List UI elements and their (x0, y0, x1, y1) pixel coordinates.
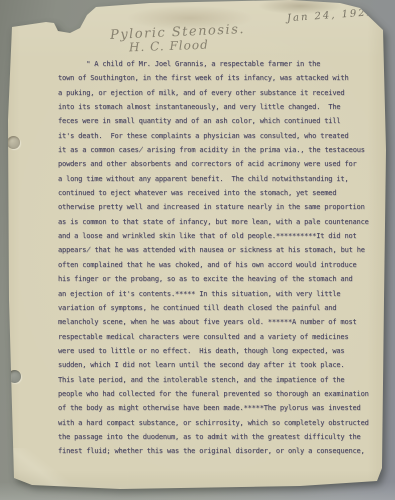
typed-line: it's death. For these complaints a physi… (58, 129, 384, 143)
typed-line: finest fluid; whether this was the origi… (58, 444, 384, 458)
typed-line: and a loose and wrinkled skin like that … (58, 229, 384, 243)
punch-hole (8, 370, 21, 383)
typed-line: melancholy scene, when he was about five… (58, 315, 384, 329)
fastener-icon (40, 2, 65, 31)
typed-line: of the body as might otherwise have been… (58, 401, 384, 415)
handwritten-author: H. C. Flood (129, 38, 209, 55)
typed-line: continued to eject whatever was received… (58, 186, 384, 200)
typed-line: This late period, and the intolerable st… (58, 373, 384, 387)
typed-line: feces were in small quantity and of an a… (58, 114, 384, 128)
typed-line: a puking, or ejection of milk, and of ev… (58, 86, 384, 100)
typed-line: with a hard compact substance, or schirr… (58, 416, 384, 430)
typed-line: people who had collected for the funeral… (58, 387, 384, 401)
typed-line: appears̸ that he was attended with nause… (58, 243, 384, 257)
typed-line: variation of symptoms, he continued till… (58, 301, 384, 315)
typed-line: town of Southington, in the first week o… (58, 71, 384, 85)
typed-line: into its stomach almost instantaneously,… (58, 100, 384, 114)
photo-backdrop: Jan 24, 1922. Pyloric Stenosis. H. C. Fl… (0, 0, 395, 500)
typed-text: " A child of Mr. Joel Grannis, a respect… (58, 57, 384, 459)
typed-line: the passage into the duodenum, as to adm… (58, 430, 384, 444)
typed-line: an ejection of it's contents.***** In th… (58, 287, 384, 301)
typed-line: his finger or the probang, so as to exci… (58, 272, 384, 286)
typed-line: powders and other absorbents and correct… (58, 157, 384, 171)
paper-fastener-mark (40, 2, 65, 31)
typed-line: sudden, which I did not learn until the … (58, 358, 384, 372)
typed-line: it as a common cases̸ arising from acidi… (58, 143, 384, 157)
handwritten-date: Jan 24, 1922. (287, 7, 381, 24)
typed-line: otherwise pretty well and increased in s… (58, 200, 384, 214)
typed-line: respectable medical characters were cons… (58, 330, 384, 344)
typed-line: a long time without any apparent benefit… (58, 172, 384, 186)
punch-hole (7, 136, 20, 149)
typed-line: as is common to that state of infancy, b… (58, 215, 384, 229)
typed-line: " A child of Mr. Joel Grannis, a respect… (58, 57, 384, 71)
document-page: Jan 24, 1922. Pyloric Stenosis. H. C. Fl… (0, 0, 395, 500)
typed-line: were used to little or no effect. His de… (58, 344, 384, 358)
document-page-wrap: Jan 24, 1922. Pyloric Stenosis. H. C. Fl… (0, 0, 395, 500)
typed-line: often complained that he was choked, and… (58, 258, 384, 272)
